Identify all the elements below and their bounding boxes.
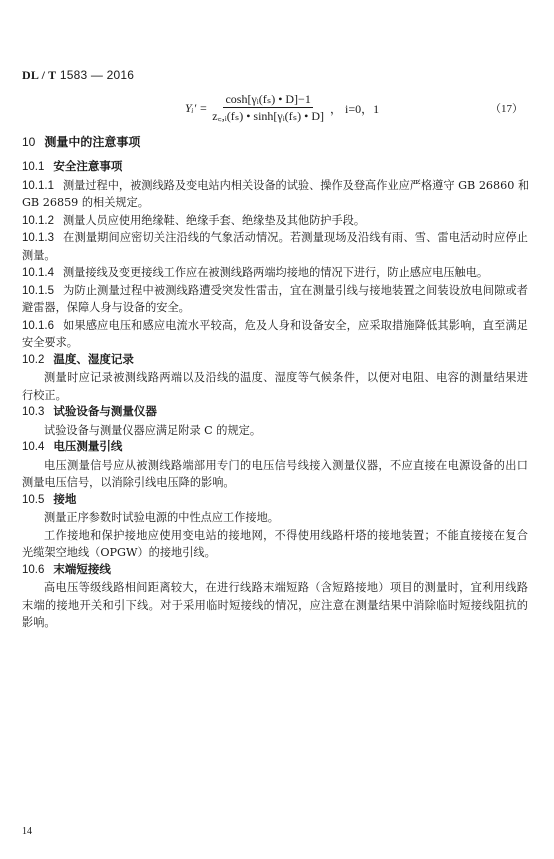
section-heading-10-6: 10.6末端短接线 (22, 562, 528, 580)
paragraph-10-5-b: 工作接地和保护接地应使用变电站的接地网，不得使用线路杆塔的接地装置；不能直接接在… (22, 527, 528, 545)
paragraph-10-3: 试验设备与测量仪器应满足附录 C 的规定。 (22, 422, 528, 440)
clause-number: 10.1.2 (22, 215, 54, 227)
paragraph-10-4-cont: 测量电压信号，以消除引线电压降的影响。 (22, 474, 528, 492)
section-title: 电压测量引线 (53, 441, 122, 453)
equation-condition: ， i=0，1 (330, 100, 379, 117)
clause-text: 测量人员应使用绝缘鞋、绝缘手套、绝缘垫及其他防护手段。 (63, 214, 365, 227)
clause-text: 为防止测量过程中被测线路遭受突发性雷击，宜在测量引线与接地装置之间装设放电间隙或… (63, 284, 528, 297)
section-heading-10-4: 10.4电压测量引线 (22, 439, 528, 457)
equation-17: Yᵢ′ = cosh[γᵢ(fₛ) • D]−1 z꜀,ᵢ(fₛ) • sinh… (185, 90, 379, 126)
clause-10-1-6: 10.1.6如果感应电压和感应电流水平较高，危及人身和设备安全，应采取措施降低其… (22, 317, 528, 335)
clause-10-1-1-cont: GB 26859 的相关规定。 (22, 194, 528, 212)
paragraph-10-6: 高电压等级线路相间距离较大，在进行线路末端短路（含短路接地）项目的测量时，宜利用… (22, 579, 528, 597)
clause-10-1-6-cont: 安全要求。 (22, 334, 528, 352)
paragraph-10-5-b-cont: 光缆架空地线（OPGW）的接地引线。 (22, 544, 528, 562)
clause-10-1-3-cont: 测量。 (22, 247, 528, 265)
paragraph-10-6-end: 影响。 (22, 614, 528, 632)
section-number: 10.6 (22, 564, 44, 576)
paragraph-10-4: 电压测量信号应从被测线路端部用专门的电压信号线接入测量仪器，不应直接在电源设备的… (22, 457, 528, 475)
clause-text: 如果感应电压和感应电流水平较高，危及人身和设备安全，应采取措施降低其影响，直至满… (63, 319, 528, 332)
section-number: 10.5 (22, 494, 44, 506)
clause-10-1-3: 10.1.3在测量期间应密切关注沿线的气象活动情况。若测量现场及沿线有雨、雪、雷… (22, 229, 528, 247)
equation-lhs: Yᵢ′ = (185, 101, 207, 116)
section-title: 测量中的注意事项 (44, 135, 140, 149)
equation-denominator: z꜀,ᵢ(fₛ) • sinh[γᵢ(fₛ) • D] (210, 108, 326, 124)
clause-text: 在测量期间应密切关注沿线的气象活动情况。若测量现场及沿线有雨、雪、雷电活动时应停… (63, 231, 528, 244)
document-header: DL / T 1583 — 2016 (22, 68, 134, 83)
clause-number: 10.1.3 (22, 232, 54, 244)
section-heading-10-3: 10.3试验设备与测量仪器 (22, 404, 528, 422)
section-heading-10-1: 10.1安全注意事项 (22, 159, 528, 177)
paragraph-10-6-cont: 末端的接地开关和引下线。对于采用临时短接线的情况，应注意在测量结果中消除临时短接… (22, 597, 528, 615)
clause-text: 测量接线及变更接线工作应在被测线路两端均接地的情况下进行，防止感应电压触电。 (63, 266, 488, 279)
section-number: 10.1 (22, 161, 44, 173)
clause-10-1-5-cont: 避雷器，保障人身与设备的安全。 (22, 299, 528, 317)
section-title: 接地 (53, 494, 76, 506)
clause-number: 10.1.6 (22, 320, 54, 332)
section-heading-10: 10测量中的注意事项 (22, 134, 528, 152)
section-number: 10.4 (22, 441, 44, 453)
section-heading-10-2: 10.2温度、湿度记录 (22, 352, 528, 370)
clause-10-1-1: 10.1.1测量过程中，被测线路及变电站内相关设备的试验、操作及登高作业应严格遵… (22, 177, 528, 195)
section-title: 温度、湿度记录 (53, 354, 134, 366)
section-title: 末端短接线 (53, 564, 111, 576)
document-body: 10.1安全注意事项 10.1.1测量过程中，被测线路及变电站内相关设备的试验、… (22, 159, 528, 632)
section-number: 10 (22, 135, 35, 149)
paragraph-10-2-cont: 行校正。 (22, 387, 528, 405)
section-title: 安全注意事项 (53, 161, 122, 173)
clause-10-1-2: 10.1.2测量人员应使用绝缘鞋、绝缘手套、绝缘垫及其他防护手段。 (22, 212, 528, 230)
page-number: 14 (22, 826, 32, 837)
clause-10-1-4: 10.1.4测量接线及变更接线工作应在被测线路两端均接地的情况下进行，防止感应电… (22, 264, 528, 282)
clause-10-1-5: 10.1.5为防止测量过程中被测线路遭受突发性雷击，宜在测量引线与接地装置之间装… (22, 282, 528, 300)
equation-fraction: cosh[γᵢ(fₛ) • D]−1 z꜀,ᵢ(fₛ) • sinh[γᵢ(fₛ… (210, 92, 326, 124)
section-number: 10.3 (22, 406, 44, 418)
clause-number: 10.1.1 (22, 180, 54, 192)
clause-text: 测量过程中，被测线路及变电站内相关设备的试验、操作及登高作业应严格遵守 GB 2… (63, 179, 528, 192)
clause-number: 10.1.5 (22, 285, 54, 297)
section-title: 试验设备与测量仪器 (53, 406, 157, 418)
section-heading-10-5: 10.5接地 (22, 492, 528, 510)
standard-prefix: DL / T (22, 68, 56, 82)
standard-number: 1583 — 2016 (60, 68, 134, 82)
paragraph-10-5-a: 测量正序参数时试验电源的中性点应工作接地。 (22, 509, 528, 527)
equation-number: （17） (490, 100, 523, 116)
clause-number: 10.1.4 (22, 267, 54, 279)
paragraph-10-2: 测量时应记录被测线路两端以及沿线的温度、湿度等气候条件，以便对电阻、电容的测量结… (22, 369, 528, 387)
equation-numerator: cosh[γᵢ(fₛ) • D]−1 (223, 92, 312, 108)
section-number: 10.2 (22, 354, 44, 366)
